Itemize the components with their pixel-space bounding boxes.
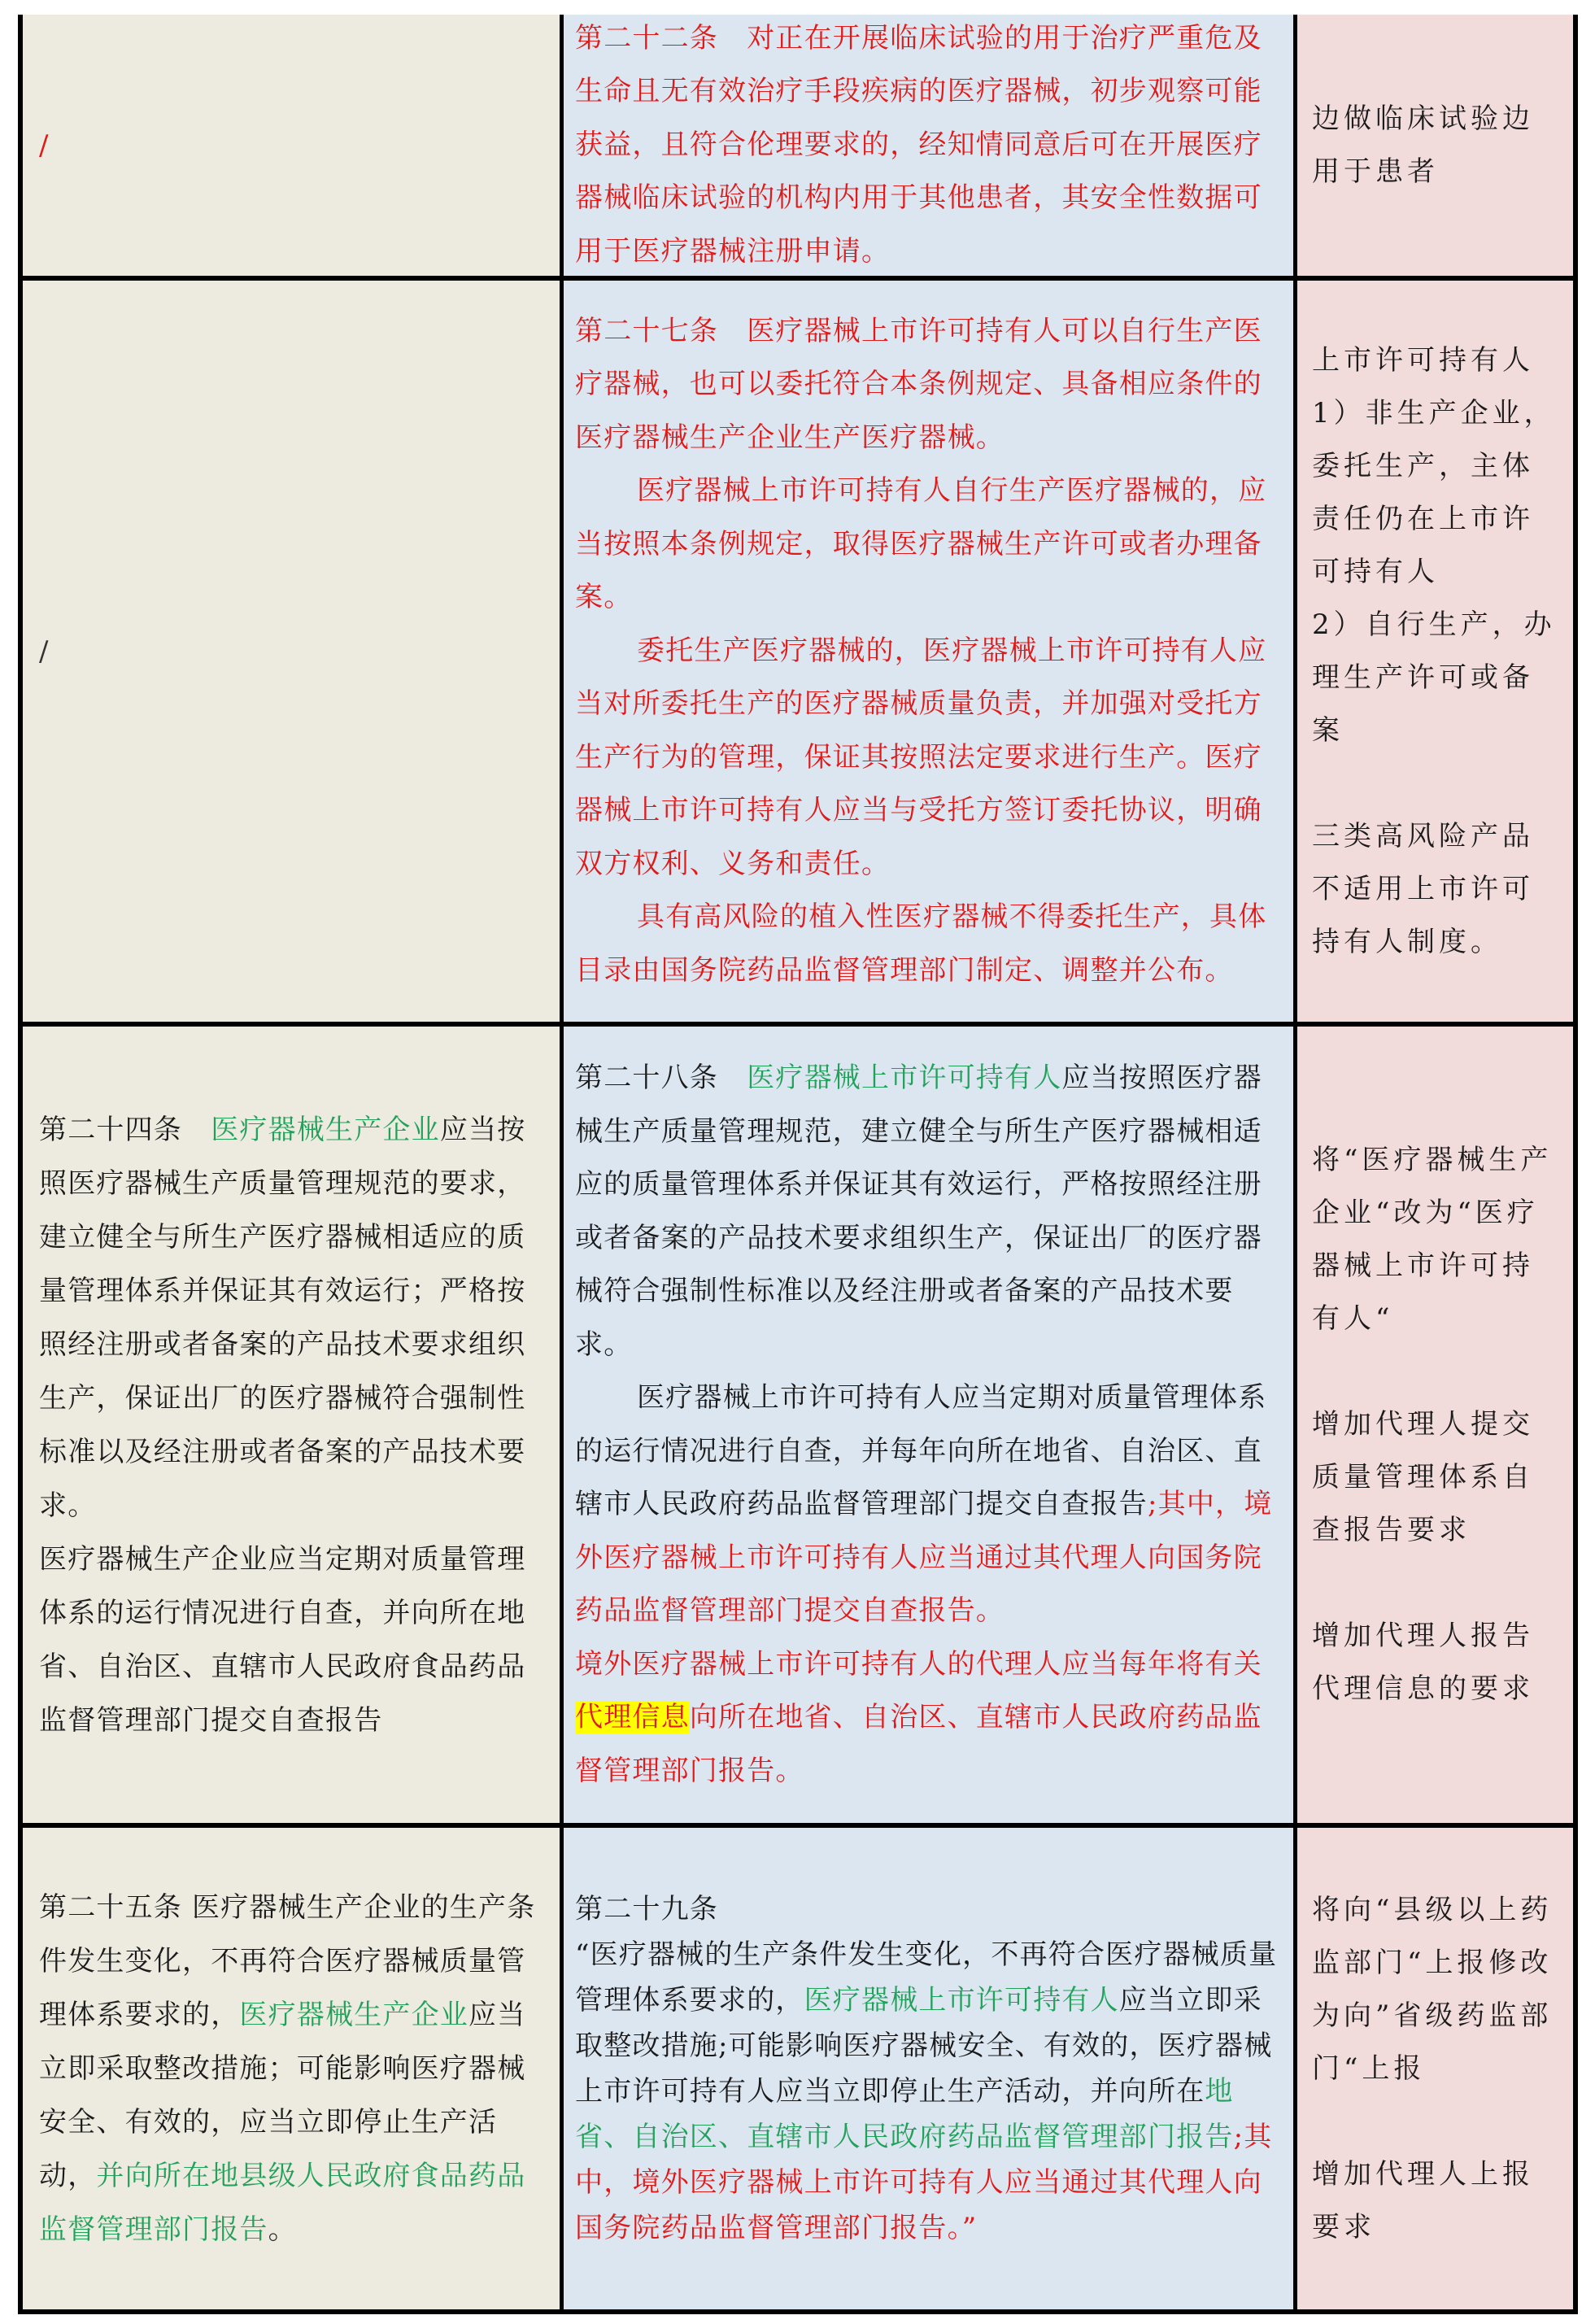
empty-marker: / [39, 129, 543, 162]
note-cell: 上市许可持有人 1）非生产企业，委托生产，主体责任仍在上市许可持有人 2）自行生… [1297, 281, 1573, 1022]
text-segment: 医疗器械生产企业应当定期对质量管理体系的运行情况进行自查，并向所在地省、自治区、… [39, 1543, 525, 1737]
note-line: 增加代理人提交质量管理体系自查报告要求 [1312, 1398, 1565, 1557]
text-segment: 医疗器械生产企业 [239, 1999, 468, 2031]
article-text: 第二十四条 医疗器械生产企业应当按照医疗器械生产质量管理规范的要求，建立健全与所… [39, 1103, 543, 1747]
text-segment: 第二十九条 [575, 1893, 718, 1925]
note-cell: 边做临床试验边用于患者 [1297, 15, 1573, 276]
regulation-comparison-table: / 第二十二条 对正在开展临床试验的用于治疗严重危及生命且无有效治疗手段疾病的医… [18, 15, 1578, 2314]
note-line: 上市许可持有人 [1312, 334, 1565, 387]
new-regulation-cell: 第二十七条 医疗器械上市许可持有人可以自行生产医疗器械，也可以委托符合本条例规定… [564, 281, 1297, 1022]
text-segment: 境外医疗器械上市许可持有人的代理人应当每年将有关 [575, 1648, 1262, 1681]
article-text: 第二十五条 医疗器械生产企业的生产条件发生变化，不再符合医疗器械质量管理体系要求… [39, 1881, 543, 2256]
note-line: 增加代理人报告代理信息的要求 [1312, 1610, 1565, 1716]
note-line: 三类高风险产品不适用上市许可持有人制度。 [1312, 810, 1565, 969]
note-line: 增加代理人上报要求 [1312, 2148, 1565, 2254]
new-regulation-cell: 第二十二条 对正在开展临床试验的用于治疗严重危及生命且无有效治疗手段疾病的医疗器… [564, 15, 1297, 276]
table-row: 第二十五条 医疗器械生产企业的生产条件发生变化，不再符合医疗器械质量管理体系要求… [23, 1828, 1573, 2309]
text-segment: 第二十七条 医疗器械上市许可持有人可以自行生产医疗器械，也可以委托符合本条例规定… [575, 315, 1262, 454]
text-segment: 第二十二条 对正在开展临床试验的用于治疗严重危及生命且无有效治疗手段疾病的医疗器… [575, 22, 1262, 268]
note-line: 将“医疗器械生产企业“改为“医疗器械上市许可持有人“ [1312, 1134, 1565, 1345]
note-line: 1）非生产企业，委托生产，主体责任仍在上市许可持有人 [1312, 387, 1565, 599]
article-text: 第二十七条 医疗器械上市许可持有人可以自行生产医疗器械，也可以委托符合本条例规定… [575, 305, 1280, 998]
article-text: 第二十八条 医疗器械上市许可持有人应当按照医疗器械生产质量管理规范，建立健全与所… [575, 1052, 1280, 1798]
article-text: 第二十九条 “医疗器械的生产条件发生变化，不再符合医疗器械质量管理体系要求的，医… [575, 1886, 1280, 2251]
old-regulation-cell: / [23, 281, 564, 1022]
text-segment: 委托生产医疗器械的，医疗器械上市许可持有人应当对所委托生产的医疗器械质量负责，并… [575, 634, 1266, 880]
note-line: 将向“县级以上药监部门“上报修改为向”省级药监部门“上报 [1312, 1884, 1565, 2095]
text-segment: 应当按照医疗器械生产质量管理规范，建立健全与所生产医疗器械相适应的质量管理体系并… [575, 1062, 1262, 1361]
table-row: / 第二十七条 医疗器械上市许可持有人可以自行生产医疗器械，也可以委托符合本条例… [23, 281, 1573, 1027]
note-cell: 将“医疗器械生产企业“改为“医疗器械上市许可持有人“ 增加代理人提交质量管理体系… [1297, 1027, 1573, 1823]
text-segment: 具有高风险的植入性医疗器械不得委托生产，具体目录由国务院药品监督管理部门制定、调… [575, 900, 1266, 987]
old-regulation-cell: 第二十五条 医疗器械生产企业的生产条件发生变化，不再符合医疗器械质量管理体系要求… [23, 1828, 564, 2309]
highlighted-text: 代理信息 [575, 1701, 690, 1733]
note-line: 边做临床试验边用于患者 [1312, 93, 1565, 198]
text-segment: 应当按照医疗器械生产质量管理规范的要求，建立健全与所生产医疗器械相适应的质量管理… [39, 1114, 525, 1522]
text-segment: 医疗器械上市许可持有人 [747, 1062, 1061, 1094]
text-segment: 。 [268, 2213, 297, 2246]
new-regulation-cell: 第二十九条 “医疗器械的生产条件发生变化，不再符合医疗器械质量管理体系要求的，医… [564, 1828, 1297, 2309]
old-regulation-cell: 第二十四条 医疗器械生产企业应当按照医疗器械生产质量管理规范的要求，建立健全与所… [23, 1027, 564, 1823]
note-cell: 将向“县级以上药监部门“上报修改为向”省级药监部门“上报 增加代理人上报要求 [1297, 1828, 1573, 2309]
table-row: 第二十四条 医疗器械生产企业应当按照医疗器械生产质量管理规范的要求，建立健全与所… [23, 1027, 1573, 1828]
old-regulation-cell: / [23, 15, 564, 276]
empty-marker: / [39, 635, 543, 668]
text-segment: 医疗器械上市许可持有人 [804, 1984, 1119, 2017]
text-segment: 医疗器械上市许可持有人自行生产医疗器械的，应当按照本条例规定，取得医疗器械生产许… [575, 474, 1266, 613]
note-line: 2）自行生产，办理生产许可或备案 [1312, 599, 1565, 757]
text-segment: 第二十四条 [39, 1114, 211, 1146]
table-row: / 第二十二条 对正在开展临床试验的用于治疗严重危及生命且无有效治疗手段疾病的医… [23, 15, 1573, 281]
text-segment: 医疗器械生产企业 [211, 1114, 440, 1146]
text-segment: 第二十八条 [575, 1062, 747, 1094]
new-regulation-cell: 第二十八条 医疗器械上市许可持有人应当按照医疗器械生产质量管理规范，建立健全与所… [564, 1027, 1297, 1823]
article-text: 第二十二条 对正在开展临床试验的用于治疗严重危及生命且无有效治疗手段疾病的医疗器… [575, 12, 1280, 279]
